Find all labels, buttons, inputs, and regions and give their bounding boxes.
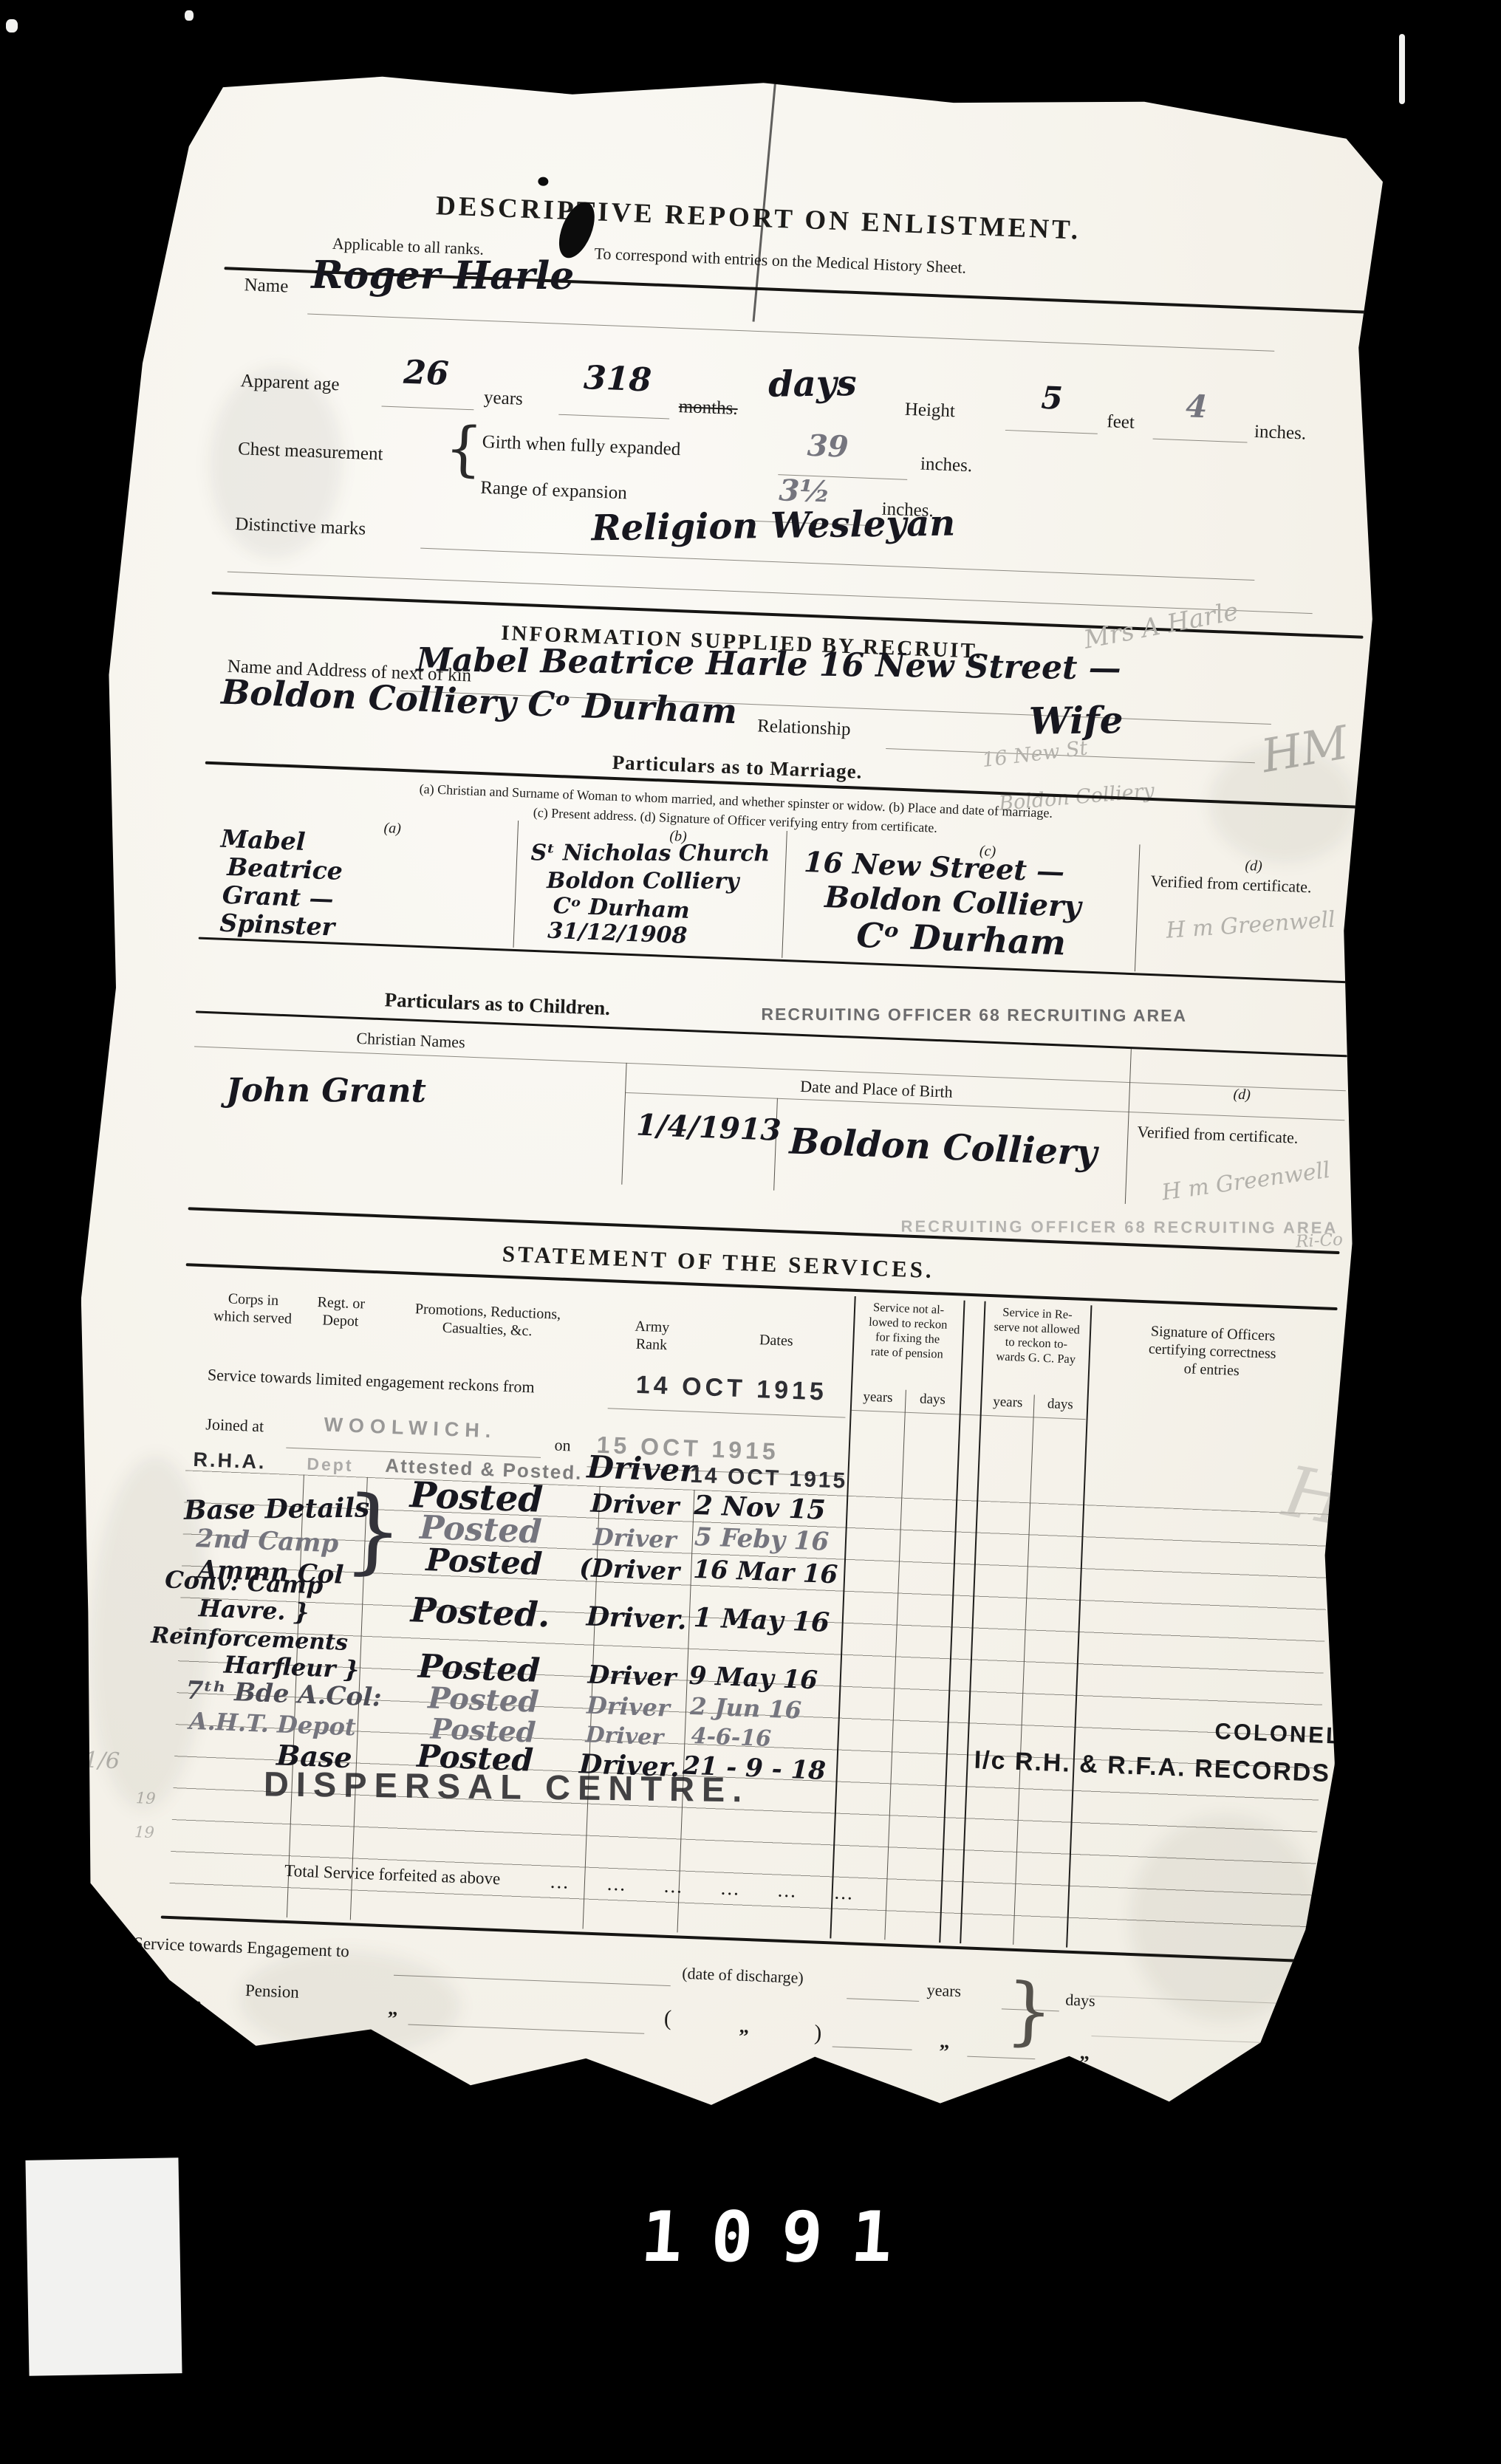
- pension-days-label: days: [906, 1390, 959, 1409]
- height-feet-value: 5: [1041, 380, 1064, 417]
- reckons-label: Service towards limited engagement recko…: [207, 1365, 535, 1397]
- marriage-place-1: Sᵗ Nicholas Church: [530, 840, 770, 866]
- film-edge-card: [25, 2157, 182, 2376]
- marriage-place-2: Boldon Colliery: [547, 868, 739, 894]
- height-inches-value: 4: [1185, 388, 1208, 425]
- col-pension: Service not al- lowed to reckon for fixi…: [853, 1299, 962, 1363]
- next-of-kin-line1: Mabel Beatrice Harle 16 New Street —: [416, 641, 1121, 688]
- film-speck: [6, 19, 18, 32]
- edge-mark: [95, 965, 106, 991]
- service-date: 2 Nov 15: [694, 1490, 827, 1526]
- service-corps: Base Details: [184, 1492, 370, 1526]
- girth-label: Girth when fully expanded: [482, 432, 681, 460]
- service-date-stamp: 14 OCT 1915: [690, 1463, 848, 1494]
- service-date: 5 Feby 16: [694, 1522, 829, 1557]
- film-speck: [185, 10, 194, 21]
- col-corps: Corps in which served: [197, 1289, 310, 1329]
- ditto-mark: „: [191, 1986, 202, 2009]
- pencil-flourish: H: [1278, 1451, 1353, 1542]
- height-label: Height: [904, 400, 955, 422]
- rule: [228, 572, 1313, 614]
- pencil-corner-note: Ri-Co: [1295, 1231, 1343, 1252]
- ditto-mark: „: [97, 1977, 108, 1999]
- film-edge-sliver: [1399, 34, 1405, 104]
- rule: [967, 2056, 1035, 2060]
- paren-open: (: [663, 2006, 671, 2031]
- girth-unit: inches.: [920, 454, 972, 477]
- colonel-stamp: COLONEL: [1214, 1718, 1343, 1750]
- name-label: Name: [244, 275, 289, 297]
- service-casualty: Posted.: [410, 1589, 551, 1635]
- scanned-enlistment-record: { "header": { "title": "DESCRIPTIVE REPO…: [0, 0, 1501, 2464]
- pension-years-label: years: [852, 1388, 904, 1407]
- ink-speck: [538, 177, 548, 186]
- table-line: [782, 831, 787, 958]
- rows-brace: }: [343, 1484, 405, 1578]
- engagement-days-label: days: [1065, 1991, 1095, 2011]
- marriage-wife-name-1: Mabel: [220, 824, 306, 856]
- marriage-wife-name-4: Spinster: [219, 908, 335, 942]
- pencil-margin-19b: 19: [134, 1823, 155, 1841]
- table-line: [1125, 1049, 1132, 1204]
- service-corps-line2: Havre. }: [198, 1594, 310, 1626]
- rule: [307, 314, 1274, 352]
- col-reserve: Service in Re- serve not allowed to reck…: [983, 1304, 1090, 1368]
- marriage-verified-label: Verified from certificate.: [1150, 872, 1312, 897]
- ditto-mark: „: [144, 1982, 155, 2005]
- recruiting-officer-stamp-2: RECRUITING OFFICER 68 RECRUITING AREA: [901, 1217, 1338, 1238]
- age-value: 26: [403, 354, 449, 393]
- col-army-rank: Army Rank: [605, 1316, 700, 1356]
- rule: [1153, 439, 1248, 443]
- child-birth-place: Boldon Colliery: [789, 1120, 1098, 1174]
- rule: [1091, 2036, 1302, 2044]
- rule: [199, 937, 1350, 984]
- paren-close: ): [814, 2021, 822, 2046]
- crease-line: [753, 75, 777, 322]
- days-handwritten: days: [768, 363, 857, 405]
- service-rank: Driver: [585, 1722, 664, 1751]
- feet-label: feet: [1107, 411, 1135, 433]
- name-value: Roger Harle: [311, 253, 574, 298]
- service-date: 4-6-16: [691, 1723, 772, 1752]
- corner-mark: [216, 60, 242, 78]
- reckons-date-stamp: 14 OCT 1915: [635, 1371, 827, 1407]
- range-label: Range of expansion: [480, 478, 627, 504]
- rule: [847, 1998, 919, 2002]
- joined-at-label: Joined at: [205, 1414, 264, 1436]
- months-label: months.: [678, 397, 738, 420]
- service-date: 9 May 16: [688, 1661, 818, 1696]
- rule: [608, 1408, 846, 1417]
- children-col-names: Christian Names: [194, 1022, 627, 1058]
- children-verify-signature: H m Greenwell: [1160, 1157, 1332, 1206]
- table-line: [621, 1063, 626, 1185]
- service-rank: Driver: [592, 1523, 677, 1554]
- children-col-letter-d: (d): [1233, 1086, 1251, 1103]
- subtitle-right: To correspond with entries on the Medica…: [594, 244, 966, 277]
- col-letter-a: (a): [383, 820, 401, 838]
- joined-place-stamp: WOOLWICH.: [324, 1414, 497, 1443]
- services-heading: STATEMENT OF THE SERVICES.: [393, 1236, 1044, 1289]
- service-corps-stamp: R.H.A.: [193, 1448, 267, 1474]
- rule: [381, 406, 473, 411]
- chest-brace: {: [444, 419, 484, 479]
- rule: [1005, 430, 1098, 434]
- recruiting-officer-stamp: RECRUITING OFFICER 68 RECRUITING AREA: [761, 1005, 1187, 1026]
- frame-counter: 1091: [638, 2197, 923, 2278]
- marriage-verify-signature: H m Greenwell: [1165, 907, 1336, 944]
- col-dates: Dates: [700, 1329, 853, 1352]
- marriage-date: 31/12/1908: [547, 918, 688, 949]
- table-line: [513, 821, 519, 948]
- edge-mark: [112, 448, 130, 482]
- col-signature: Signature of Officers certifying correct…: [1090, 1320, 1336, 1383]
- child-name: John Grant: [226, 1072, 426, 1110]
- service-rank: Driver: [586, 1691, 670, 1722]
- service-depot-stamp: Dept: [307, 1454, 354, 1476]
- service-rank: Driver.: [586, 1601, 687, 1635]
- joined-on-label: on: [554, 1436, 571, 1456]
- child-birth-date: 1/4/1913: [636, 1107, 782, 1147]
- service-date: 16 Mar 16: [693, 1555, 838, 1589]
- reserve-days-label: days: [1035, 1394, 1086, 1414]
- relationship-label: Relationship: [757, 716, 851, 740]
- service-rank: Driver: [587, 1448, 697, 1489]
- paper-smudge: [237, 1947, 462, 2059]
- service-corps: 2nd Camp: [196, 1524, 339, 1558]
- rule: [420, 548, 1254, 581]
- rule: [832, 2047, 912, 2050]
- girth-value: 39: [807, 428, 849, 465]
- dispersal-centre-stamp: DISPERSAL CENTRE.: [264, 1763, 750, 1810]
- marriage-address-3: Cᵒ Durham: [855, 915, 1066, 963]
- years-label: years: [484, 388, 524, 410]
- ditto-mark: „: [939, 2030, 950, 2053]
- service-rank: Driver: [587, 1660, 677, 1694]
- relationship-value: Wife: [1028, 698, 1123, 743]
- ditto-mark: „: [1079, 2041, 1090, 2064]
- col-promotions: Promotions, Reductions, Casualties, &c.: [372, 1298, 603, 1344]
- inches-label: inches.: [1254, 422, 1307, 445]
- ditto-mark: „: [739, 2015, 750, 2038]
- children-col-birth: Date and Place of Birth: [625, 1070, 1128, 1109]
- document-page: DESCRIPTIVE REPORT ON ENLISTMENT. Applic…: [49, 50, 1399, 2180]
- rule: [558, 414, 669, 420]
- table-line: [1135, 844, 1141, 971]
- service-casualty: Posted: [425, 1541, 543, 1582]
- children-heading: Particulars as to Children.: [384, 988, 610, 1020]
- religion-value: Religion Wesleyan: [591, 503, 955, 550]
- totals-brace: }: [1005, 1974, 1054, 2049]
- children-verified-label: Verified from certificate.: [1137, 1123, 1299, 1148]
- service-rank: Driver: [590, 1488, 680, 1522]
- service-date: 1 May 16: [693, 1602, 830, 1638]
- col-depot: Regt. or Depot: [309, 1293, 372, 1332]
- age-days-value: 318: [583, 359, 652, 399]
- service-rank: (Driver: [579, 1553, 680, 1587]
- discharge-date-label: (date of discharge): [682, 1964, 804, 1988]
- engagement-years-label: years: [926, 1980, 961, 2001]
- reserve-years-label: years: [982, 1393, 1034, 1412]
- service-date: 2 Jun 16: [690, 1692, 802, 1725]
